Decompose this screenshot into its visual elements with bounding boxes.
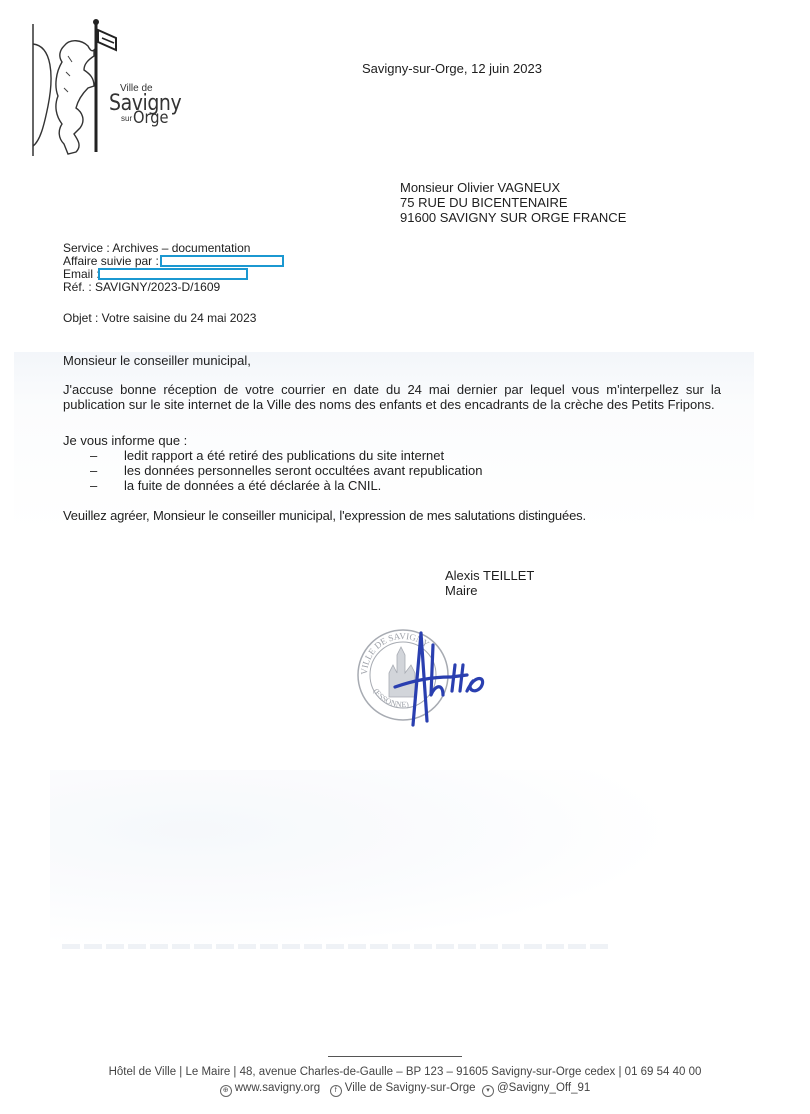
reference-line: Réf. : SAVIGNY/2023-D/1609 bbox=[63, 281, 250, 294]
redacted-email-box bbox=[98, 268, 248, 280]
recipient-name: Monsieur Olivier VAGNEUX bbox=[400, 180, 626, 195]
recipient-city: 91600 SAVIGNY SUR ORGE FRANCE bbox=[400, 210, 626, 225]
logo-sur: sur bbox=[121, 114, 132, 123]
footer-website-link[interactable]: www.savigny.org bbox=[235, 1082, 320, 1094]
footer-divider bbox=[328, 1056, 462, 1057]
signatory-block: Alexis TEILLET Maire bbox=[445, 568, 534, 598]
scan-bleed-line bbox=[62, 944, 612, 949]
facebook-icon: f bbox=[330, 1085, 342, 1097]
official-stamp-and-signature: VILLE DE SAVIGNY (ESSONNE) bbox=[355, 625, 505, 730]
footer-facebook-link[interactable]: Ville de Savigny-sur-Orge bbox=[345, 1082, 476, 1094]
salutation: Monsieur le conseiller municipal, bbox=[63, 353, 251, 368]
list-intro: Je vous informe que : bbox=[63, 433, 187, 448]
footer-contacts: ⊕www.savigny.org fVille de Savigny-sur-O… bbox=[0, 1082, 810, 1097]
city-seal-icon: VILLE DE SAVIGNY (ESSONNE) bbox=[358, 630, 448, 720]
objet-line: Objet : Votre saisine du 24 mai 2023 bbox=[63, 312, 256, 325]
recipient-street: 75 RUE DU BICENTENAIRE bbox=[400, 195, 626, 210]
recipient-address: Monsieur Olivier VAGNEUX 75 RUE DU BICEN… bbox=[400, 180, 626, 225]
dash-bullet: – bbox=[90, 478, 102, 493]
dash-bullet: – bbox=[90, 448, 102, 463]
footer-twitter-link[interactable]: @Savigny_Off_91 bbox=[497, 1082, 590, 1094]
closing-formula: Veuillez agréer, Monsieur le conseiller … bbox=[63, 508, 586, 523]
date-line: Savigny-sur-Orge, 12 juin 2023 bbox=[362, 61, 542, 76]
twitter-icon: ▾ bbox=[482, 1085, 494, 1097]
lion-holding-banner-icon bbox=[28, 16, 188, 162]
body-paragraph-1: J'accuse bonne réception de votre courri… bbox=[63, 382, 721, 412]
logo-orge: Orge bbox=[133, 108, 169, 128]
city-logo bbox=[28, 16, 188, 162]
redacted-affaire-box bbox=[160, 255, 284, 267]
scan-bleed-through bbox=[50, 770, 760, 970]
dash-bullet: – bbox=[90, 463, 102, 478]
signatory-title: Maire bbox=[445, 583, 534, 598]
footer-address: Hôtel de Ville | Le Maire | 48, avenue C… bbox=[0, 1066, 810, 1078]
signatory-name: Alexis TEILLET bbox=[445, 568, 534, 583]
globe-icon: ⊕ bbox=[220, 1085, 232, 1097]
